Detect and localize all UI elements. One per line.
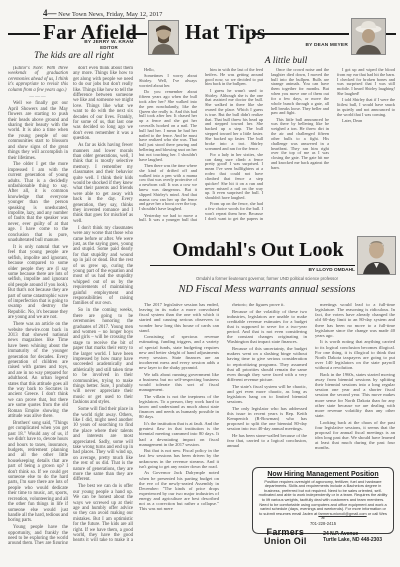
ad-footer: Farmers Union Oil 24 N.P. Avenue Turtle … xyxy=(258,528,388,546)
far-afield-col-2: don't even think about them any more. Th… xyxy=(73,66,133,544)
far-afield-col-1: (Editor's Note: With three weekends of g… xyxy=(8,66,68,544)
far-afield-byline: BY JERRY W. KRAM EDITOR xyxy=(70,40,148,50)
masthead: 4— New Town News, Friday, May 12, 2017 xyxy=(43,8,162,18)
newspaper-page: 4— New Town News, Friday, May 12, 2017 F… xyxy=(0,0,400,567)
kram-photo xyxy=(148,20,179,55)
far-afield-title: The kids are all right xyxy=(8,51,140,61)
far-afield-byline-role: EDITOR xyxy=(70,45,148,50)
omdahl-rule xyxy=(150,265,355,266)
ad-email: farmersunionoil@gmail.com xyxy=(318,511,366,516)
hat-tips-col-3: Once the crowd noise and the laughter di… xyxy=(271,68,329,222)
omdahl-col-2: rhetoric; the figures prove it.Because o… xyxy=(227,302,307,464)
page-number: 4— xyxy=(43,8,57,18)
ad-body: Position requires oversight of agronomy,… xyxy=(258,480,388,521)
ad-phone: 701-228-2415 xyxy=(258,521,388,526)
hiring-ad: Now Hiring Management Position Position … xyxy=(252,467,394,534)
logo-line-2: Union Oil xyxy=(264,537,307,546)
hat-tips-col-4: I got up and wiped the blood from my ear… xyxy=(337,68,395,222)
ad-address-line-2: Turtle Lake, ND 448-2303 xyxy=(323,537,382,543)
omdahl-photo xyxy=(357,236,396,275)
far-afield-rule-right xyxy=(127,33,147,35)
omdahl-col-3: meetings would lead to a full-time legis… xyxy=(315,302,395,464)
ad-address: 24 N.P. Avenue Turtle Lake, ND 448-2303 xyxy=(323,531,382,544)
ad-title: Now Hiring Management Position xyxy=(258,471,388,478)
omdahl-title: ND Fiscal Mess warrants annual sessions xyxy=(139,284,395,295)
meyer-photo xyxy=(351,18,386,55)
farmers-union-oil-logo: Farmers Union Oil xyxy=(264,528,307,546)
omdahl-headline: Omdahl's Out Look xyxy=(162,239,354,262)
far-afield-rule-left xyxy=(8,33,40,35)
masthead-rule xyxy=(43,18,145,19)
omdahl-col-1: The 2017 legislative session has ended, … xyxy=(139,302,219,545)
hat-tips-rule xyxy=(252,33,349,35)
hat-tips-title: A little bull xyxy=(203,56,369,66)
hat-tips-rule-right xyxy=(386,33,396,35)
omdahl-byline: BY LLOYD OMDAHL xyxy=(200,268,355,273)
omdahl-credit: Omdahl a former lieutenant governor, for… xyxy=(139,276,395,281)
hat-tips-col-1: Hello,Sometimes I worry about Shirley. W… xyxy=(139,68,197,222)
hat-tips-byline: BY DEAN MEYER xyxy=(268,43,348,48)
hat-tips-col-2: him in with the last of the feed heifers… xyxy=(205,68,263,222)
